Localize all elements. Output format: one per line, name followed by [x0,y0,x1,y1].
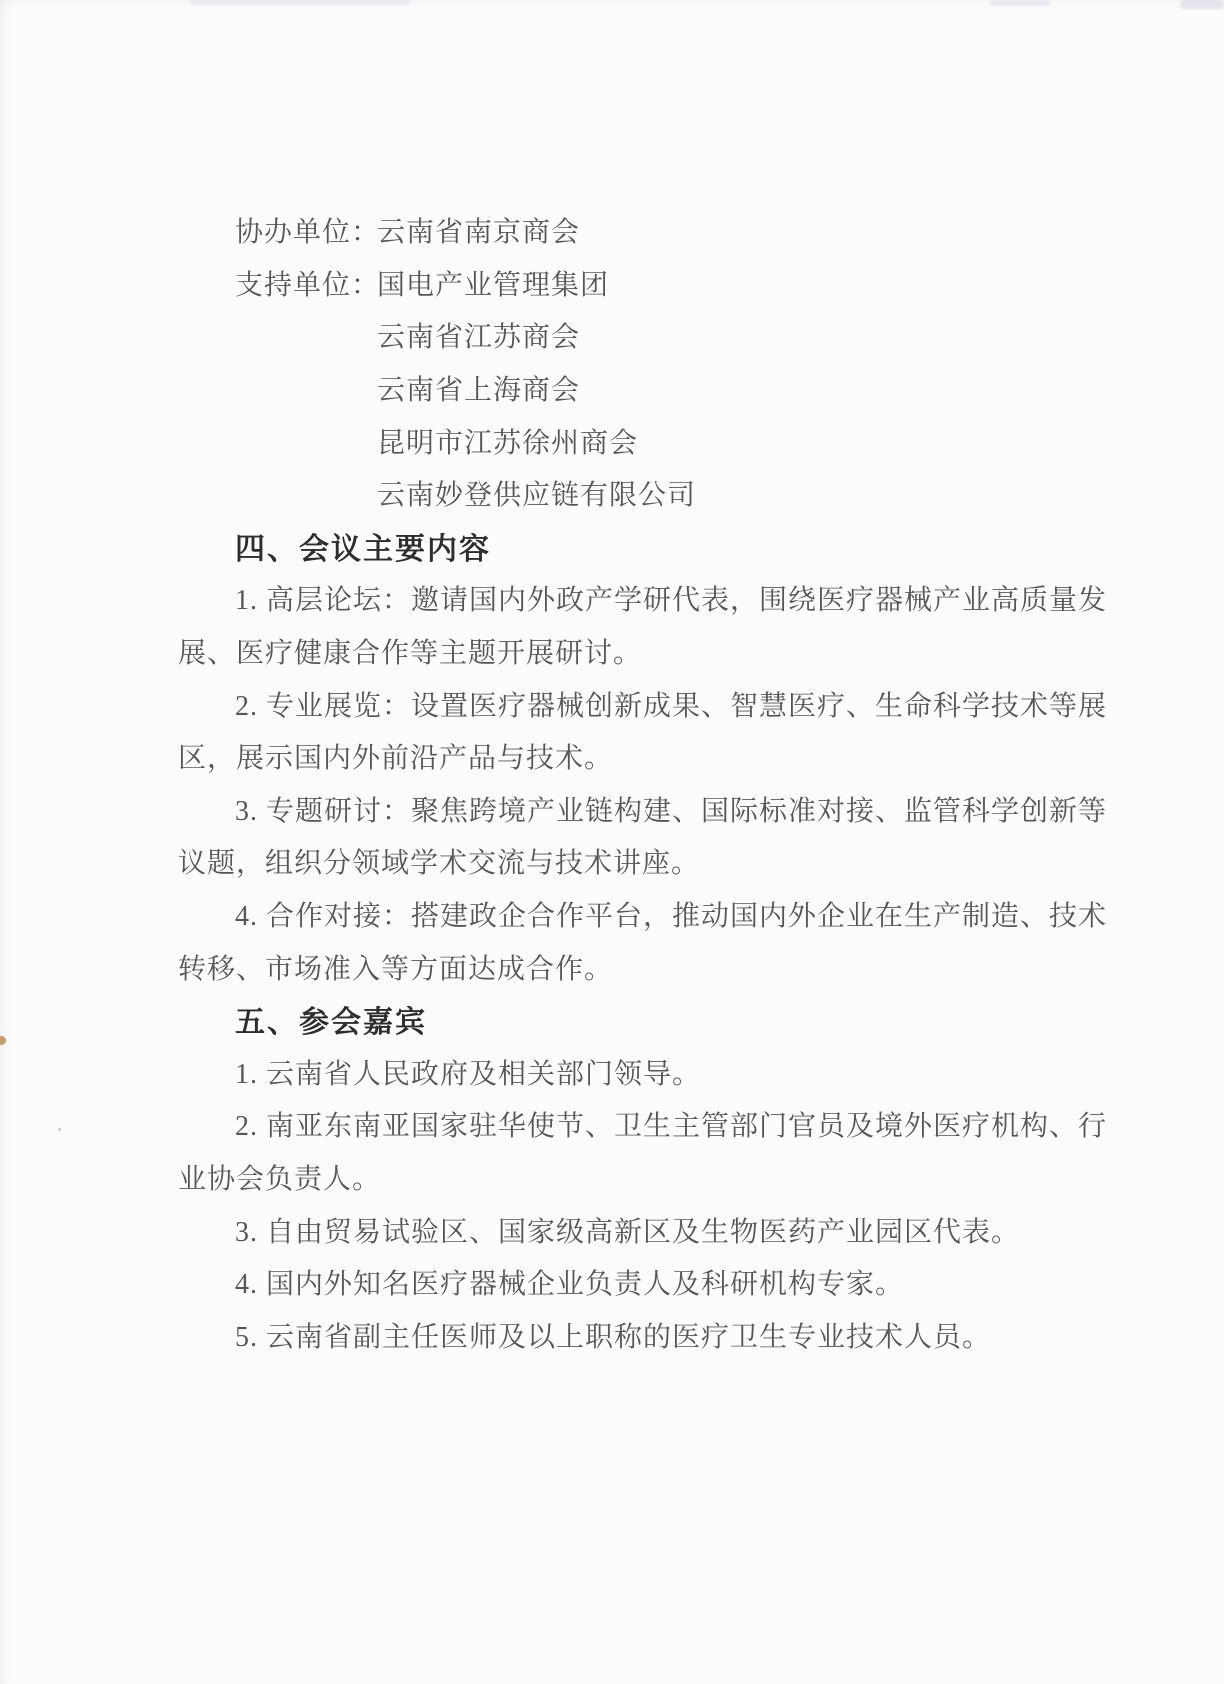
list-item-line: 1. 云南省人民政府及相关部门领导。 [178,1046,1058,1099]
organizer-value: 云南省江苏商会 [377,315,580,355]
list-item-line: 2. 专业展览：设置医疗器械创新成果、智慧医疗、生命科学技术等展 [178,677,1058,730]
organizer-label: 协办单位： [235,210,377,250]
list-item-line: 转移、市场准入等方面达成合作。 [178,940,1058,993]
document-page: 协办单位： 云南省南京商会 支持单位： 国电产业管理集团 云南省江苏商会 云南省… [0,0,1224,1684]
list-item-line: 2. 南亚东南亚国家驻华使节、卫生主管部门官员及境外医疗机构、行 [178,1098,1058,1151]
scan-speck-artifact [58,1128,61,1131]
list-item-line: 1. 高层论坛：邀请国内外政产学研代表，围绕医疗器械产业高质量发 [178,572,1058,625]
organizer-line: 云南省江苏商会 [178,309,1058,362]
document-content: 协办单位： 云南省南京商会 支持单位： 国电产业管理集团 云南省江苏商会 云南省… [178,204,1058,1361]
list-item-line: 业协会负责人。 [178,1151,1058,1204]
list-item-line: 3. 自由贸易试验区、国家级高新区及生物医药产业园区代表。 [178,1203,1058,1256]
organizer-line: 支持单位： 国电产业管理集团 [178,257,1058,310]
scan-smudge-artifact [1180,0,1224,9]
organizer-value: 云南妙登供应链有限公司 [377,473,696,513]
organizer-line: 昆明市江苏徐州商会 [178,414,1058,467]
organizer-label: 支持单位： [235,263,377,303]
organizer-value: 云南省上海商会 [377,368,580,408]
section-heading-attendees: 五、参会嘉宾 [178,993,1058,1046]
list-item-line: 区，展示国内外前沿产品与技术。 [178,730,1058,783]
scan-smudge-artifact [190,0,410,5]
scan-speck-artifact [0,1036,6,1045]
organizer-line: 云南妙登供应链有限公司 [178,467,1058,520]
list-item-line: 4. 国内外知名医疗器械企业负责人及科研机构专家。 [178,1256,1058,1309]
organizer-value: 云南省南京商会 [377,210,580,250]
list-item-line: 3. 专题研讨：聚焦跨境产业链构建、国际标准对接、监管科学创新等 [178,783,1058,836]
organizer-value: 昆明市江苏徐州商会 [377,421,638,461]
list-item-line: 5. 云南省副主任医师及以上职称的医疗卫生专业技术人员。 [178,1308,1058,1361]
section-heading-main-content: 四、会议主要内容 [178,520,1058,573]
organizer-line: 协办单位： 云南省南京商会 [178,204,1058,257]
organizer-line: 云南省上海商会 [178,362,1058,415]
organizer-value: 国电产业管理集团 [377,263,609,303]
scan-smudge-artifact [990,0,1050,6]
list-item-line: 4. 合作对接：搭建政企合作平台，推动国内外企业在生产制造、技术 [178,888,1058,941]
list-item-line: 议题，组织分领域学术交流与技术讲座。 [178,835,1058,888]
list-item-line: 展、医疗健康合作等主题开展研讨。 [178,625,1058,678]
